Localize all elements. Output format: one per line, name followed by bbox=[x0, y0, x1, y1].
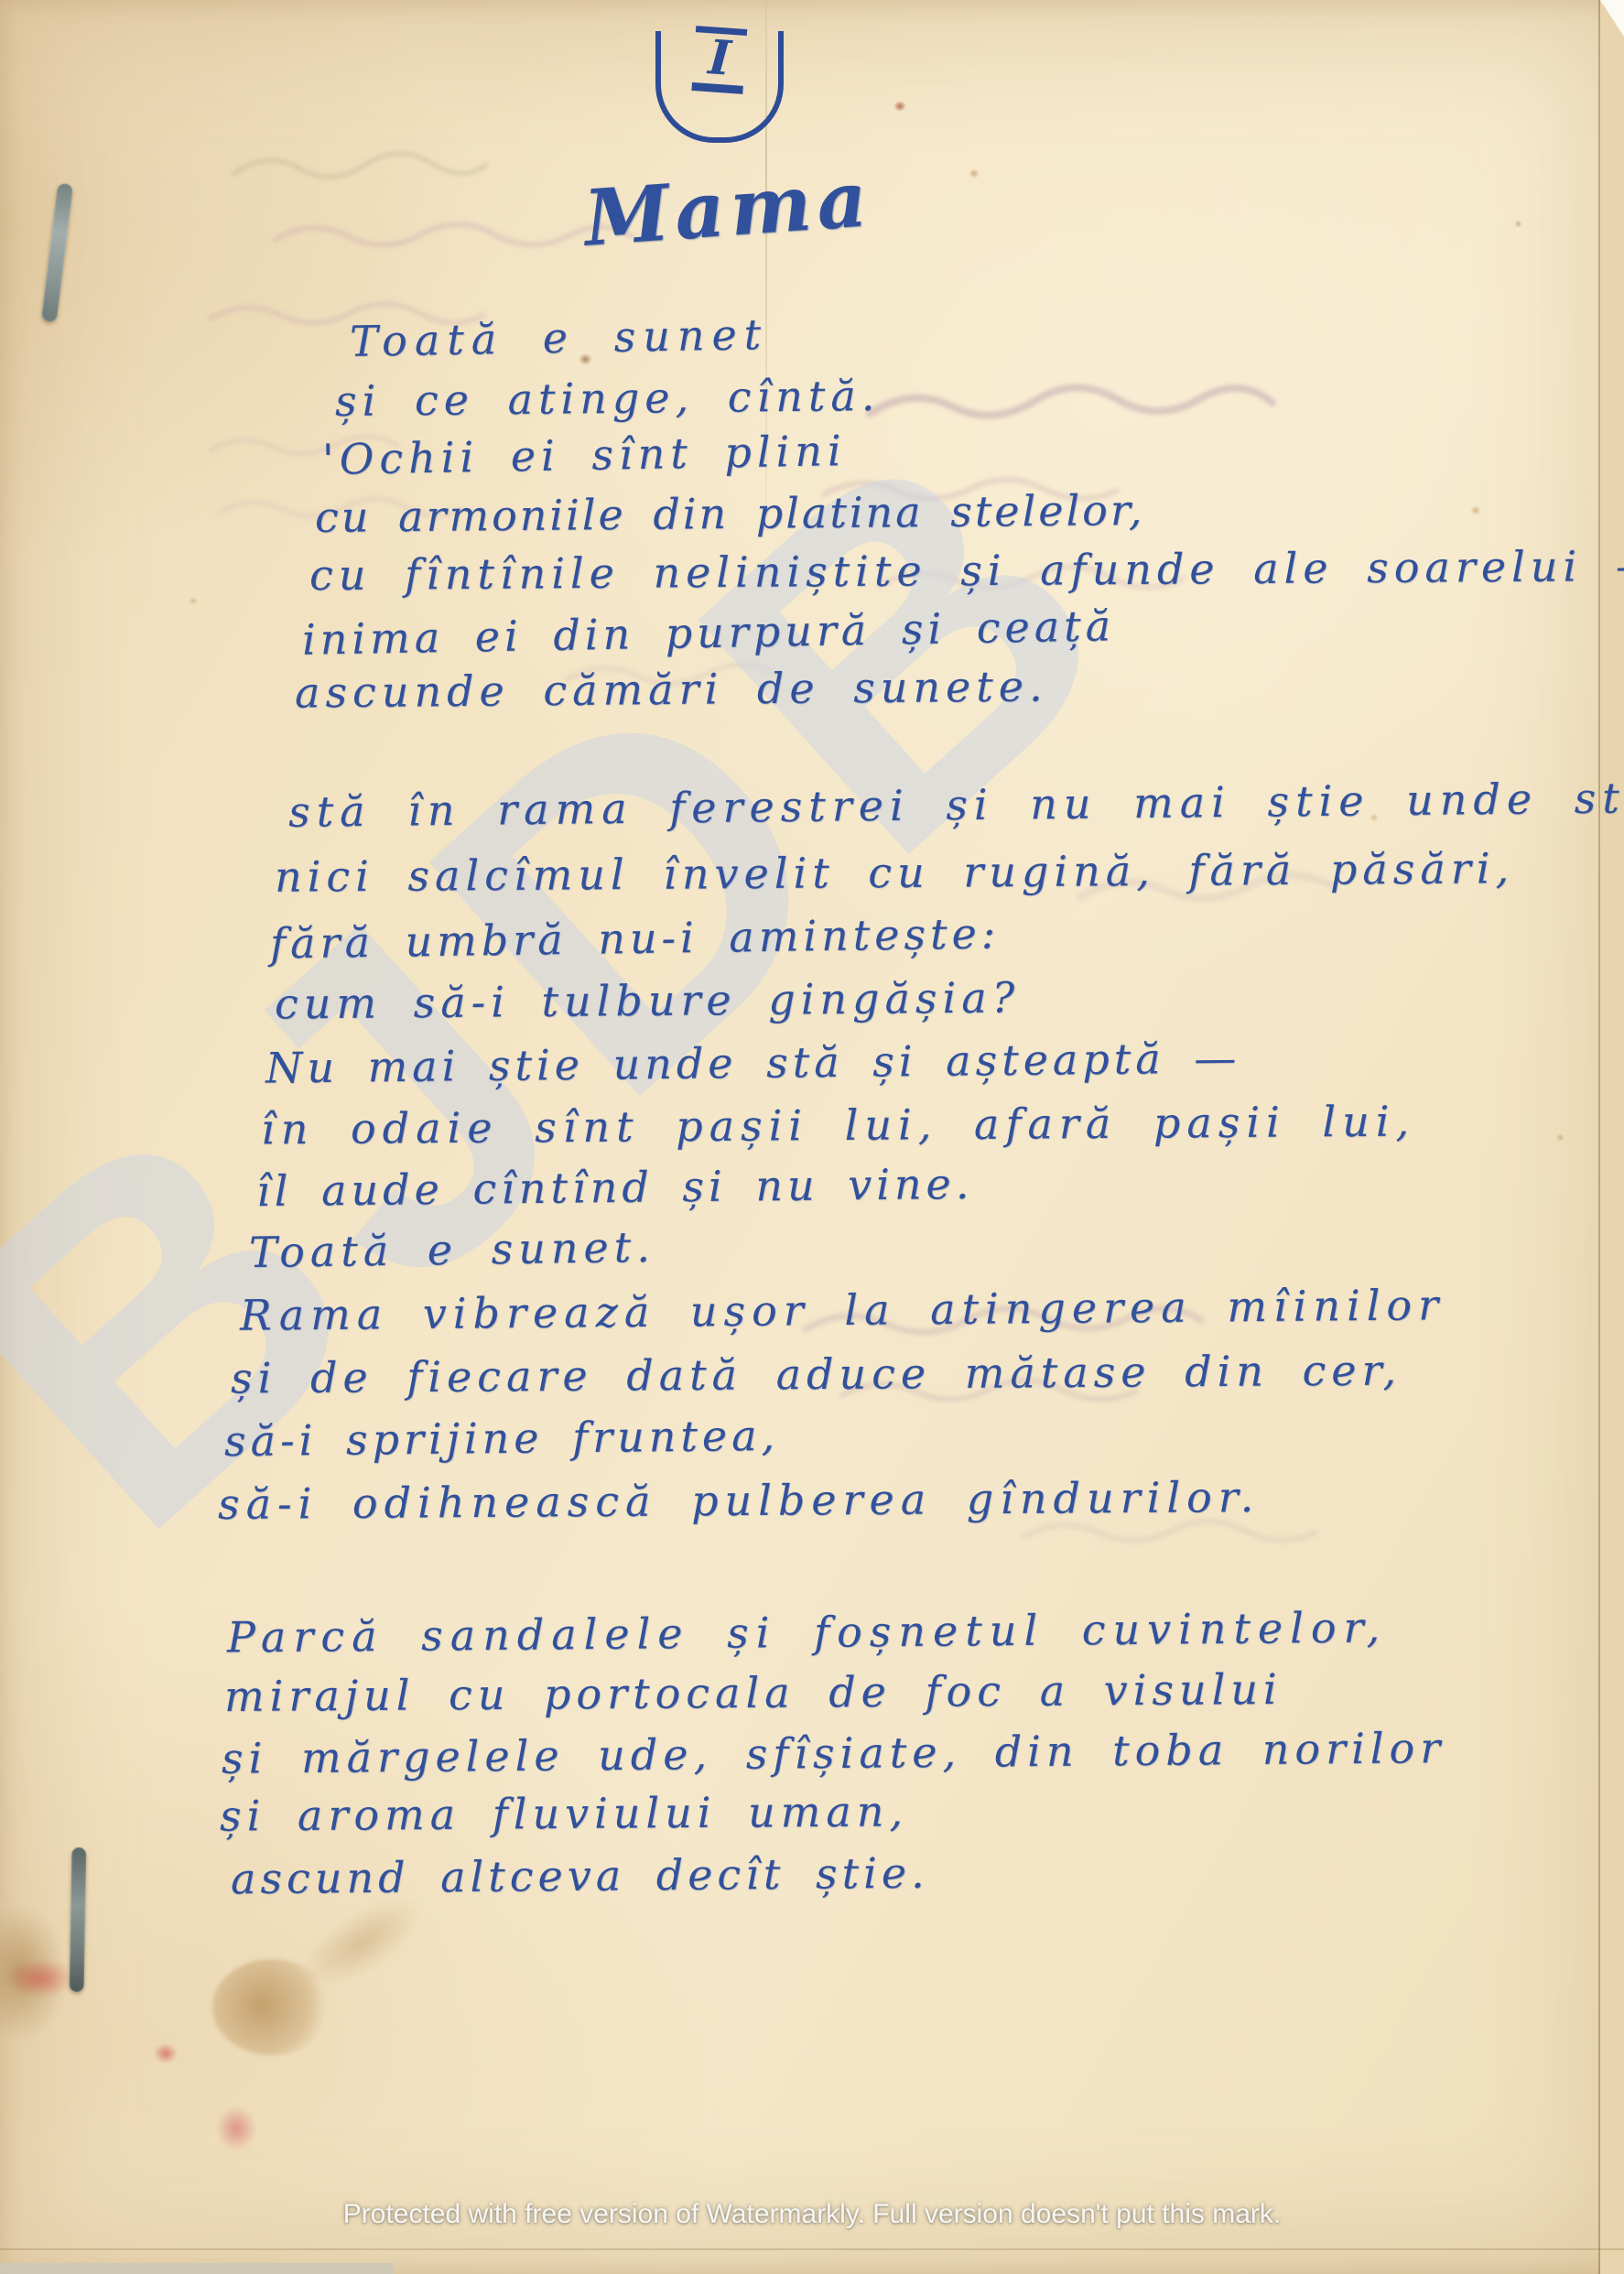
stain bbox=[189, 597, 198, 605]
poem-line: cu fîntînile neliniștite și afunde ale s… bbox=[309, 541, 1624, 600]
page-number: I bbox=[691, 26, 747, 93]
stain bbox=[1470, 505, 1481, 515]
stain bbox=[1514, 220, 1522, 228]
footer-watermark: Protected with free version of Watermark… bbox=[0, 2199, 1624, 2230]
poem-line: cum să-i tulbure gingășia? bbox=[275, 972, 1021, 1028]
staple-bottom bbox=[70, 1847, 87, 1992]
poem-line: în odaie sînt pașii lui, afară pașii lui… bbox=[261, 1097, 1415, 1154]
poem-title: Mama bbox=[581, 153, 875, 264]
stain bbox=[893, 101, 906, 112]
poem-line: ascund altceva decît știe. bbox=[231, 1848, 929, 1904]
stain bbox=[212, 1959, 331, 2055]
stain bbox=[969, 168, 980, 179]
poem-line: 'Ochii ei sînt plini bbox=[322, 426, 847, 484]
stain bbox=[7, 1959, 75, 1998]
poem-line: mirajul cu portocala de foc a visului bbox=[224, 1664, 1283, 1721]
poem-line: Rama vibrează ușor la atingerea mîinilor bbox=[240, 1280, 1445, 1339]
staple-top bbox=[41, 183, 73, 323]
poem-line: îl aude cîntînd și nu vine. bbox=[256, 1159, 974, 1216]
poem-line: și aroma fluviului uman, bbox=[220, 1786, 908, 1840]
stain bbox=[216, 2106, 256, 2151]
stain bbox=[154, 2043, 178, 2063]
stain bbox=[0, 1904, 66, 2041]
poem-line: ascunde cămări de sunete. bbox=[295, 661, 1048, 717]
poem-line: Parcă sandalele și foșnetul cuvintelor, bbox=[227, 1602, 1388, 1662]
poem-line: fără umbră nu-i amintește: bbox=[270, 908, 1001, 968]
page-right-edge bbox=[1598, 0, 1624, 2274]
poem-line: și de fiecare dată aduce mătase din cer, bbox=[231, 1346, 1402, 1403]
poem-line: Toată e sunet bbox=[350, 309, 769, 366]
manuscript-page: BJDB I Mama Toată e sunet și ce atinge, … bbox=[0, 0, 1624, 2274]
poem-line: cu armoniile din platina stelelor, bbox=[315, 485, 1145, 542]
poem-line: nici salcîmul învelit cu rugină, fără pă… bbox=[275, 843, 1514, 901]
stain bbox=[1556, 1133, 1564, 1142]
page-bottom-edge bbox=[0, 2248, 1624, 2250]
poem-line: Nu mai știe unde stă și așteaptă — bbox=[265, 1033, 1241, 1092]
poem-line: inima ei din purpură și ceață bbox=[302, 601, 1116, 664]
page-number-emblem: I bbox=[655, 31, 784, 143]
poem-line: Toată e sunet. bbox=[249, 1222, 656, 1277]
scan-edge-strip bbox=[0, 2263, 394, 2274]
poem-line: și ce atinge, cîntă. bbox=[335, 371, 881, 426]
poem-line: stă în rama ferestrei și nu mai știe und… bbox=[288, 773, 1624, 837]
poem-line: să-i sprijine fruntea, bbox=[224, 1411, 780, 1466]
poem-line: să-i odihnească pulberea gîndurilor. bbox=[218, 1472, 1261, 1529]
poem-line: și mărgelele ude, sfîșiate, din toba nor… bbox=[222, 1723, 1446, 1783]
